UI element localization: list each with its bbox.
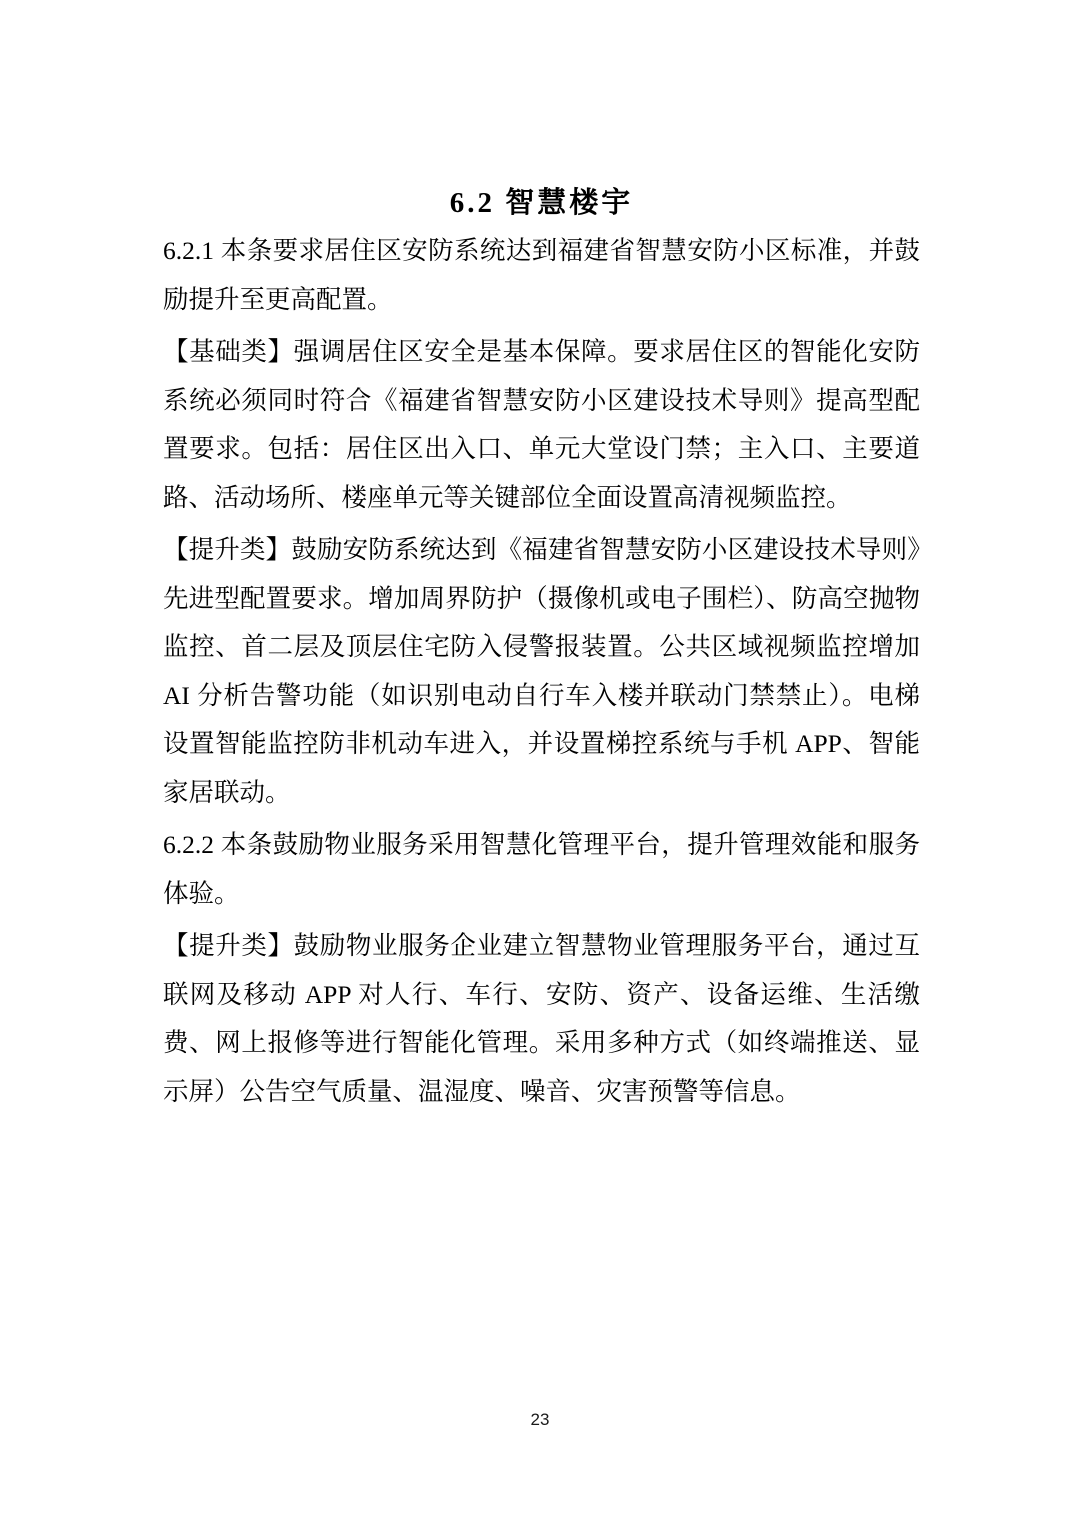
section-title: 6.2 智慧楼宇: [163, 180, 920, 227]
paragraph-6-2-2: 6.2.2 本条鼓励物业服务采用智慧化管理平台，提升管理效能和服务体验。: [163, 821, 920, 918]
paragraph-basic-class: 【基础类】强调居住区安全是基本保障。要求居住区的智能化安防系统必须同时符合《福建…: [163, 328, 920, 522]
document-body: 6.2 智慧楼宇 6.2.1 本条要求居住区安防系统达到福建省智慧安防小区标准，…: [163, 180, 920, 1120]
page-number: 23: [0, 1410, 1080, 1430]
paragraph-upgrade-class-property: 【提升类】鼓励物业服务企业建立智慧物业管理服务平台，通过互联网及移动 APP 对…: [163, 922, 920, 1116]
paragraph-6-2-1: 6.2.1 本条要求居住区安防系统达到福建省智慧安防小区标准，并鼓励提升至更高配…: [163, 227, 920, 324]
paragraph-upgrade-class-security: 【提升类】鼓励安防系统达到《福建省智慧安防小区建设技术导则》先进型配置要求。增加…: [163, 526, 920, 817]
document-page: 6.2 智慧楼宇 6.2.1 本条要求居住区安防系统达到福建省智慧安防小区标准，…: [0, 0, 1080, 1527]
